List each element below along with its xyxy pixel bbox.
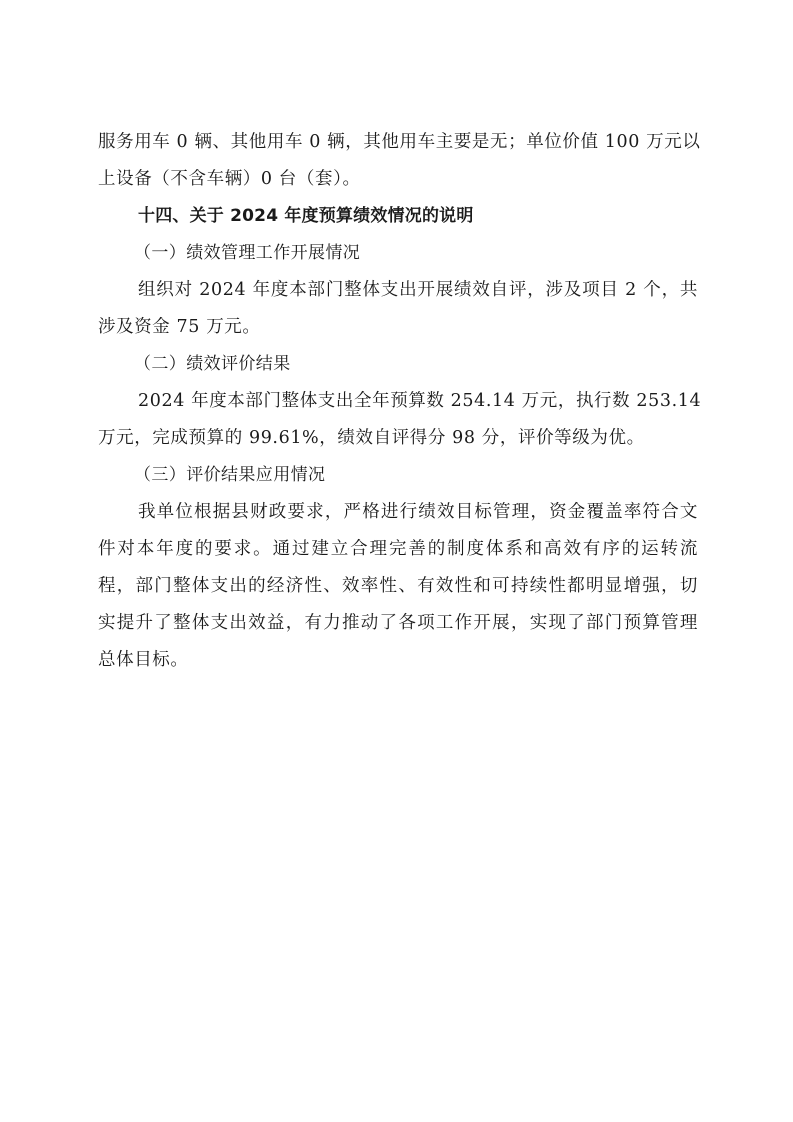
paragraph-line: 件对本年度的要求。通过建立合理完善的制度体系和高效有序的运转流 [98, 531, 698, 568]
section-heading: 十四、关于 2024 年度预算绩效情况的说明 [138, 198, 474, 235]
subsection-heading-results-application: （三）评价结果应用情况 [134, 457, 325, 494]
paragraph-line: 上设备（不含车辆）0 台（套）。 [98, 161, 361, 198]
paragraph-line: 万元，完成预算的 99.61%，绩效自评得分 98 分，评价等级为优。 [98, 420, 645, 457]
paragraph-line: 2024 年度本部门整体支出全年预算数 254.14 万元，执行数 253.14 [138, 383, 698, 420]
paragraph-line: 程，部门整体支出的经济性、效率性、有效性和可持续性都明显增强，切 [98, 568, 698, 605]
subsection-heading-evaluation-results: （二）绩效评价结果 [134, 346, 291, 383]
paragraph-line: 实提升了整体支出效益，有力推动了各项工作开展，实现了部门预算管理 [98, 605, 698, 642]
paragraph-line: 我单位根据县财政要求，严格进行绩效目标管理，资金覆盖率符合文 [138, 494, 698, 531]
subsection-heading-performance-management: （一）绩效管理工作开展情况 [134, 235, 360, 272]
paragraph-line: 组织对 2024 年度本部门整体支出开展绩效自评，涉及项目 2 个，共 [138, 272, 698, 309]
paragraph-line: 涉及资金 75 万元。 [98, 309, 261, 346]
paragraph-line: 服务用车 0 辆、其他用车 0 辆，其他用车主要是无；单位价值 100 万元以 [98, 124, 698, 161]
paragraph-line: 总体目标。 [98, 642, 189, 679]
